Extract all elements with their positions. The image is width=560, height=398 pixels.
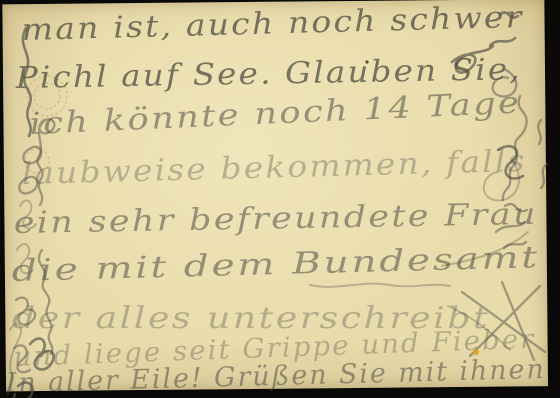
- handwritten-line-6: die mit dem Bundesamt: [11, 240, 540, 289]
- ink-speck: [365, 60, 368, 63]
- handwritten-line-1: man ist, auch noch schwer: [21, 0, 524, 48]
- handwriting-layer: man ist, auch noch schwer Pichl auf See.…: [0, 0, 560, 398]
- underline-stroke: [310, 284, 450, 287]
- handwritten-line-5: ein sehr befreundete Frau: [14, 197, 539, 241]
- orange-speck: [473, 349, 479, 355]
- postcard-scan: man ist, auch noch schwer Pichl auf See.…: [0, 0, 560, 398]
- handwritten-line-4: laubweise bekommen, falls: [21, 144, 527, 192]
